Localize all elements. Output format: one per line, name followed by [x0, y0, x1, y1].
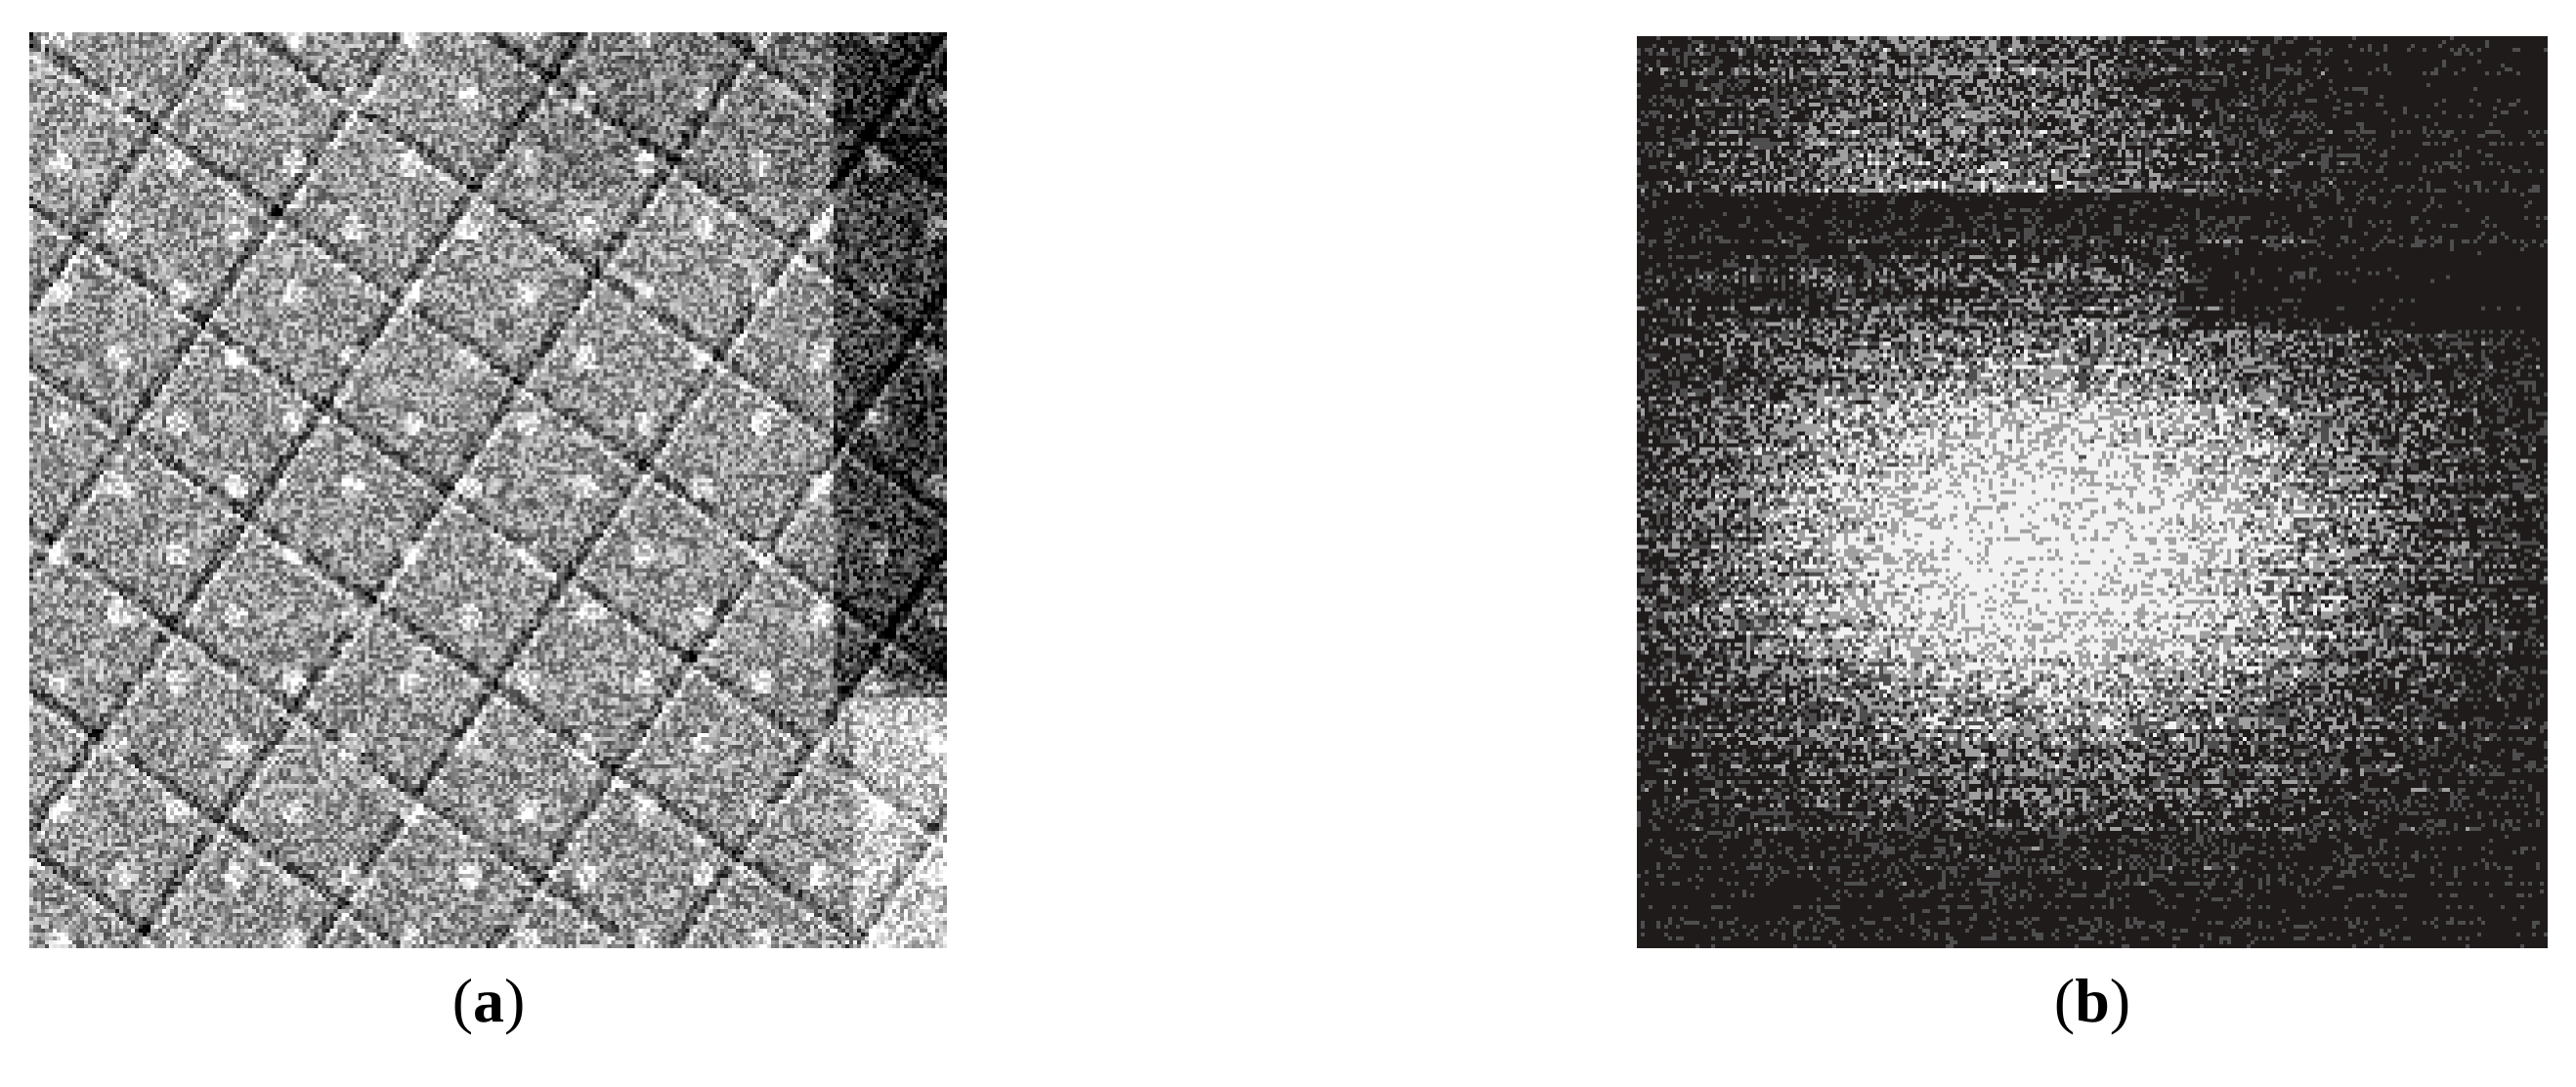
- caption-close-paren: ): [504, 966, 525, 1035]
- figure-panel-a-image: [29, 32, 947, 948]
- caption-open-paren: (: [2054, 966, 2075, 1035]
- aerial-image-canvas: [29, 32, 947, 948]
- caption-a: (a): [452, 970, 526, 1032]
- caption-b: (b): [2054, 970, 2130, 1032]
- caption-close-paren: ): [2110, 966, 2130, 1035]
- caption-letter: a: [473, 966, 504, 1035]
- reconstructed-image-canvas: [1637, 36, 2548, 948]
- caption-letter: b: [2075, 966, 2110, 1035]
- caption-open-paren: (: [452, 966, 473, 1035]
- figure-panel-b-image: [1637, 36, 2548, 948]
